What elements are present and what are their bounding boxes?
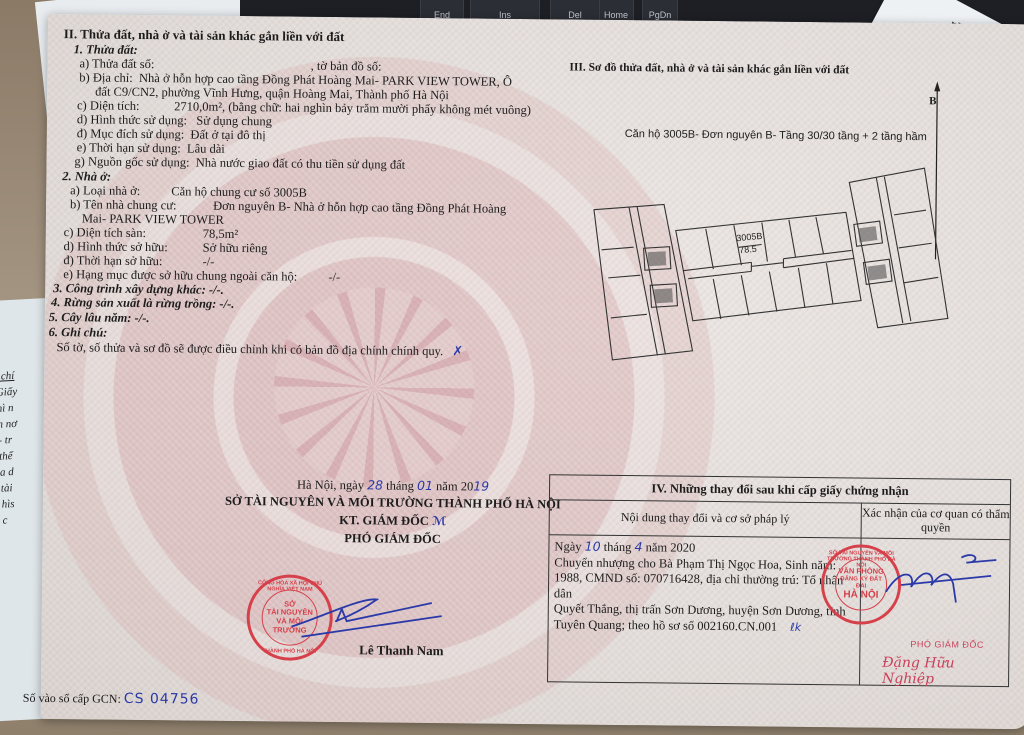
changes-table: IV. Những thay đổi sau khi cấp giấy chứn… [547, 474, 1011, 687]
change-date-month-label: tháng [604, 540, 632, 554]
use-form-value: Sử dụng chung [196, 114, 272, 129]
address-label: b) Địa chỉ: [79, 70, 133, 85]
initial-signature-icon: ℳ [432, 514, 446, 528]
change-date-month: 4 [635, 539, 643, 554]
signing-date: Hà Nội, ngày 28 tháng 01 năm 2019 [203, 476, 583, 496]
notes-text: Số tờ, số thửa và sơ đồ sẽ được điều chỉ… [56, 340, 463, 359]
confirmation-cell: SỞ TÀI NGUYÊN VÀ MÔI TRƯỜNG THÀNH PHỐ HÀ… [860, 539, 1010, 688]
initial-mark-icon: ℓk [790, 620, 801, 633]
north-label: B [929, 95, 936, 107]
seal-text: ĐĂNG KÝ ĐẤT ĐAI [836, 576, 886, 590]
house-type-value: Căn hộ chung cư số 3005B [171, 184, 307, 199]
register-number-row: Số vào sổ cấp GCN: CS 04756 [23, 690, 200, 708]
origin-label: g) Nguồn gốc sử dụng: [74, 154, 189, 169]
term-label: e) Thời hạn sử dụng: [77, 140, 181, 155]
parcel-number-label: a) Thửa đất số: [79, 56, 154, 71]
floor-area-value: 78,5m² [203, 227, 239, 241]
signer-position: PHÓ GIÁM ĐỐC [202, 530, 582, 549]
origin-row: g) Nguồn gốc sử dụng: Nhà nước giao đất … [74, 154, 405, 172]
shared-items-value: -/- [328, 270, 340, 284]
signature-icon [881, 547, 1002, 608]
parcel-number-value [158, 68, 308, 70]
register-label: Số vào sổ cấp GCN: [23, 691, 121, 706]
on-behalf-title: KT. GIÁM ĐỐC ℳ [203, 512, 583, 531]
on-behalf-text: KT. GIÁM ĐỐC [339, 513, 429, 528]
change-content-cell: Ngày 10 tháng 4 năm 2020 Chuyển nhượng c… [548, 535, 862, 685]
notes-value: Số tờ, số thửa và sơ đồ sẽ được điều chỉ… [56, 340, 443, 358]
term-value: Lâu dài [187, 141, 225, 155]
date-day: 28 [367, 477, 383, 492]
building-name-value: Đơn nguyên B- Nhà ở hỗn hợp cao tầng Đồn… [213, 199, 506, 216]
initial-mark-icon: ✗ [452, 344, 463, 359]
change-text-value: Tuyên Quang; theo hồ sơ số 002160.CN.001 [554, 617, 778, 633]
date-year-label: năm 20 [436, 479, 473, 493]
table-header-row: Nội dung thay đổi và cơ sở pháp lý Xác n… [550, 500, 1010, 540]
purpose-value: Đất ở tại đô thị [190, 127, 266, 142]
issuing-agency: SỞ TÀI NGUYÊN VÀ MÔI TRƯỜNG THÀNH PHỐ HÀ… [203, 494, 583, 513]
floor-plan-caption: Căn hộ 3005B- Đơn nguyên B- Tầng 30/30 t… [625, 128, 927, 143]
seal-text: HÀ NỘI [843, 590, 878, 602]
signature-icon [281, 586, 452, 648]
ownership-term-value: -/- [202, 255, 214, 269]
date-month: 01 [417, 478, 433, 493]
ownership-form-value: Sở hữu riêng [203, 241, 268, 256]
use-form-label: d) Hình thức sử dụng: [77, 112, 187, 127]
notes-title: 6. Ghi chú: [49, 325, 108, 341]
column-header-content: Nội dung thay đổi và cơ sở pháp lý [550, 500, 862, 537]
origin-value: Nhà nước giao đất có thu tiền sử dụng đấ… [196, 156, 405, 172]
unit-number-label: 3005B [736, 231, 763, 243]
signer-name: Lê Thanh Nam [211, 641, 591, 661]
purpose-label: đ) Mục đích sử dụng: [77, 126, 185, 141]
date-prefix: Hà Nội, ngày [297, 478, 364, 493]
date-year: 19 [473, 478, 489, 493]
map-sheet-label: , tờ bản đồ số: [311, 59, 382, 74]
register-value: CS 04756 [124, 691, 200, 708]
change-text-line: 1988, CMND số: 070716428, địa chỉ thường… [554, 570, 855, 604]
change-date-day: 10 [585, 539, 601, 554]
perennial-trees: 5. Cây lâu năm: -/-. [49, 310, 150, 326]
confirm-signer-name: Đặng Hữu Nghiệp [882, 655, 1008, 688]
unit-area-label: 78.5 [739, 244, 757, 256]
change-text-line: Tuyên Quang; theo hồ sơ số 002160.CN.001… [554, 617, 855, 636]
certificate-page: II. Thửa đất, nhà ở và tài sản khác gắn … [41, 14, 1024, 729]
section-3-title: III. Sơ đồ thửa đất, nhà ở và tài sản kh… [569, 61, 849, 76]
confirm-position: PHÓ GIÁM ĐỐC [910, 639, 984, 650]
change-date-year: năm 2020 [646, 540, 696, 555]
table-row: Ngày 10 tháng 4 năm 2020 Chuyển nhượng c… [548, 535, 1010, 687]
column-header-confirmation: Xác nhận của cơ quan có thẩm quyền [862, 504, 1010, 540]
date-month-label: tháng [386, 479, 414, 493]
apartment-floor-plan: 3005B 78.5 [582, 160, 984, 374]
change-date-prefix: Ngày [554, 539, 581, 553]
